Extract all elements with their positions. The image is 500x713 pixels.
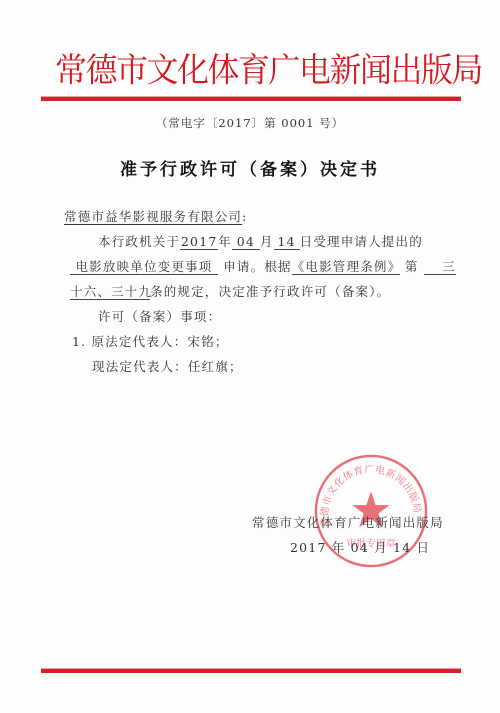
signature-date: 2017 年 04 月 14 日	[290, 538, 430, 556]
articles-field-part1: 三	[424, 260, 456, 275]
body-line-1: 本行政机关于2017年04月14日受理申请人提出的	[98, 233, 423, 251]
document-title: 准予行政许可（备案）决定书	[0, 155, 500, 180]
item-1-former-rep: 原法定代表人：宋铭；	[92, 334, 229, 349]
document-number: （常电字〔2017〕第 0001 号）	[0, 115, 500, 131]
body-text: 月	[260, 234, 274, 249]
item-number: 1.	[72, 334, 86, 349]
footer-red-rule	[41, 669, 461, 673]
body-text: 本行政机关于	[98, 234, 180, 249]
header-red-rule	[41, 97, 461, 101]
body-text: 条的规定，决定准予行政许可（备案）。	[150, 284, 390, 299]
articles-field-part2: 十六、三十九	[70, 285, 150, 300]
regulation-field: 《电影管理条例》	[292, 260, 400, 275]
body-line-2: 电影放映单位变更事项 申请。根据《电影管理条例》 第 三	[70, 258, 456, 276]
body-text: 第	[405, 259, 419, 274]
signature-issuer: 常德市文化体育广电新闻出版局	[252, 513, 444, 531]
body-text: 年	[218, 234, 232, 249]
day-field: 14	[274, 235, 300, 250]
recipient-line: 常德市益华影视服务有限公司:	[64, 208, 248, 226]
month-field: 04	[232, 235, 260, 250]
year-field: 2017	[180, 235, 218, 250]
body-text: 日受理申请人提出的	[300, 234, 423, 249]
letterhead-title: 常德市文化体育广电新闻出版局	[55, 49, 451, 91]
recipient-colon: :	[242, 209, 247, 224]
matter-field: 电影放映单位变更事项	[70, 260, 218, 275]
body-text: 申请。根据	[223, 259, 292, 274]
recipient-name: 常德市益华影视服务有限公司	[64, 209, 242, 224]
body-line-3: 十六、三十九条的规定，决定准予行政许可（备案）。	[70, 283, 390, 301]
item-1-current-rep: 现法定代表人：任红旗；	[92, 358, 243, 376]
item-1: 1. 原法定代表人：宋铭；	[72, 333, 229, 351]
items-heading: 许可（备案）事项：	[98, 308, 221, 326]
